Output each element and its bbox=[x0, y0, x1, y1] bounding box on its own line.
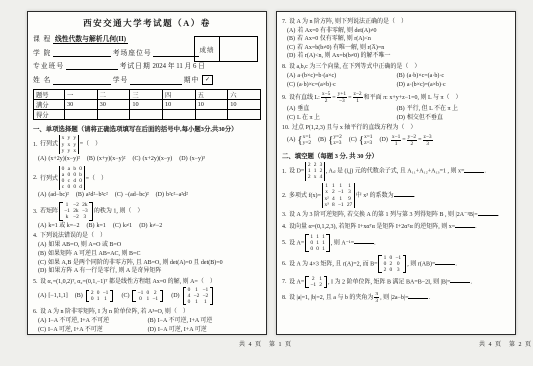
math-text: 若 Ax=b(b≠0) 有唯一解, 则 r(A̅)=n bbox=[297, 44, 384, 52]
fraction: x−11 bbox=[391, 134, 401, 147]
math-text: a·(b×c)=(a×b)·c bbox=[407, 81, 446, 89]
fraction-denominator: 3 bbox=[425, 141, 430, 147]
option: (D)若 r(A)<n, 则 Ax=b(b≠0) 的解不唯一 bbox=[287, 52, 391, 60]
option-label: (C) bbox=[132, 155, 140, 163]
option-label: (C) bbox=[287, 44, 295, 52]
option: (C)−(ad−bc)² bbox=[115, 191, 149, 199]
seat-blank bbox=[153, 50, 199, 57]
math-text: . bbox=[414, 193, 416, 199]
options: (A)(x+2y)(x−y)²(B)(x+y)(x−y)²(C)(x+2y)(x… bbox=[38, 155, 261, 163]
option-label: (D) bbox=[156, 191, 164, 199]
score-table-cell: 10 bbox=[228, 99, 261, 109]
math-text: (x+2y)(x−y)² bbox=[48, 155, 80, 163]
math-text: I−A 不可逆, I+A 可逆 bbox=[158, 317, 213, 325]
question-stem: 7. 设 A 为 n 阶方阵, 则下列说法正确的是（ ） bbox=[282, 18, 510, 26]
math-text: 如果方阵 A 有一行是零行, 则 A 是奇异矩阵 bbox=[48, 267, 161, 275]
matrix-row: 2x4 bbox=[306, 174, 325, 180]
question-number: 5. bbox=[282, 240, 288, 246]
question-number: 2. bbox=[33, 175, 39, 181]
option-label: (B) bbox=[87, 155, 95, 163]
options: (A)若 Ax=0 有非零解, 则 det(A)≠0(B)若 Ax=0 仅有零解… bbox=[287, 27, 510, 61]
cases-group: {y=2z=3 bbox=[328, 134, 342, 146]
fraction: y+1−3 bbox=[337, 91, 347, 104]
matrix-cell: k bbox=[63, 214, 72, 220]
option: (A)a·(b×c)=b·(a×c) bbox=[287, 72, 390, 80]
option-label: (D) bbox=[179, 155, 187, 163]
right-bracket bbox=[110, 290, 114, 302]
math-text: 设 a,b,c 为三个向量, 在下列等式中正确的是（ ） bbox=[289, 64, 420, 70]
matrix-row: 111 bbox=[309, 234, 327, 240]
math-text: 设 α₁=(1,0,2)ᵀ, α₂=(0,1,−1)ᵀ 都是线性方程组 Ax=0… bbox=[40, 279, 216, 285]
math-text: 设 A 为 n 阶非零矩阵, I 为 n 阶单位阵, 若 A³=O, 则（ ） bbox=[40, 309, 189, 315]
option-label: (C) bbox=[121, 292, 129, 300]
math-text: . bbox=[484, 169, 486, 175]
option-label: (C) bbox=[38, 259, 46, 267]
fraction-denominator: 1 bbox=[394, 141, 399, 147]
score-table-cell: 二 bbox=[97, 89, 130, 99]
option: (D)相交但不垂直 bbox=[397, 114, 500, 122]
option: (A)(x+2y)(x−y)² bbox=[38, 155, 80, 163]
fraction-denominator: 2 bbox=[324, 98, 329, 104]
question-number: 3. bbox=[33, 209, 39, 215]
matrix-body: 0ab0a00b0cd0c00d bbox=[59, 166, 85, 191]
bracket-matrix: 10−1020203 bbox=[378, 255, 406, 274]
option: (C){x=1z=3 bbox=[349, 134, 373, 146]
math-text: 行列式 bbox=[40, 175, 58, 181]
matrix-row: c00d bbox=[60, 184, 85, 190]
math-text: 设 A= bbox=[289, 240, 304, 246]
option-label: (B) bbox=[75, 292, 83, 300]
math-text: = bbox=[348, 95, 351, 101]
section-two-title: 二、填空题（每题 3 分, 共 30 分） bbox=[282, 151, 510, 160]
fraction: z−21 bbox=[353, 91, 363, 104]
matrix-cell: x bbox=[72, 148, 78, 154]
option: (C)−10201−1 bbox=[121, 290, 164, 302]
matrix-row: 011 bbox=[89, 296, 110, 302]
math-text: , 则 |2a−b|= bbox=[380, 295, 408, 301]
bracket-matrix: 1−22k−12k−3k−23 bbox=[59, 202, 93, 221]
math-text: , 则 A⁻¹= bbox=[331, 240, 354, 246]
matrix-row: −12 bbox=[309, 282, 324, 288]
matrix-body: 20−1011 bbox=[89, 290, 110, 302]
blank-line bbox=[394, 191, 414, 197]
blank-line bbox=[435, 259, 455, 265]
math-text: 若 r(A)<n, 则 Ax=b(b≠0) 的解不唯一 bbox=[297, 52, 390, 60]
option-label: (B) bbox=[87, 222, 95, 230]
option-label: (A) bbox=[287, 72, 295, 80]
cases-group: {x=1y=2 bbox=[297, 134, 311, 146]
math-text: 设有直线 L: bbox=[289, 95, 320, 101]
right-bracket bbox=[160, 290, 164, 302]
question-stem: 1. 设 D=2231122x4, Aᵢⱼ 是 (i,j) 元的代数余子式, 且… bbox=[282, 162, 510, 181]
blank-line bbox=[478, 210, 498, 216]
score-table-cell: 四 bbox=[162, 89, 195, 99]
course-label: 课 程 bbox=[33, 36, 51, 43]
matrix-body: xyyyxyyyx bbox=[59, 135, 79, 154]
question-number: 5. bbox=[33, 279, 39, 285]
bracket-matrix: 20−1011 bbox=[86, 290, 114, 302]
blank-line bbox=[450, 277, 470, 283]
matrix-body: 21−12 bbox=[309, 276, 324, 288]
cases-rows: x=1z=3 bbox=[364, 134, 372, 146]
option-label: (A) bbox=[287, 136, 295, 144]
matrix-row: yxy bbox=[60, 142, 79, 148]
math-text: 如果 AB=O, 则 A=O 或 B=O bbox=[48, 241, 121, 249]
score-table-cell: 满分 bbox=[34, 99, 65, 109]
math-text: = bbox=[418, 136, 421, 144]
question: 3. 若矩阵1−22k−12k−3k−23的秩为 1, 则（ ）(A)k=1 或… bbox=[33, 202, 261, 230]
matrix-cell: 3 bbox=[80, 214, 89, 220]
cases-row: z=3 bbox=[333, 140, 341, 146]
question-number: 6. bbox=[282, 261, 288, 267]
midterm-label: 期中 bbox=[184, 77, 200, 84]
matrix-cell: 1 bbox=[192, 299, 201, 305]
option-label: (C) bbox=[349, 136, 357, 144]
question: 1. 设 D=2231122x4, Aᵢⱼ 是 (i,j) 元的代数余子式, 且… bbox=[282, 162, 510, 181]
fraction: y−22 bbox=[407, 134, 417, 147]
fraction-numerator: z−2 bbox=[353, 91, 363, 98]
options: (A)(ad−bc)²(B)a²d²−b²c²(C)−(ad−bc)²(D)b²… bbox=[38, 191, 261, 199]
question: 6. 设 A 为 4×3 矩阵, 且 r(A)=2, 而 B=10−102020… bbox=[282, 255, 510, 274]
option: (B){y=2z=3 bbox=[318, 134, 342, 146]
option: (B)(x+y)(x−y)² bbox=[87, 155, 126, 163]
question-stem: 2. 行列式0ab0a00b0cd0c00d=（ ） bbox=[33, 166, 261, 191]
math-text: (a·b)×c=(a×b)·c bbox=[297, 81, 336, 89]
matrix-row: x2−13 bbox=[322, 189, 354, 195]
course-name: 线性代数与解析几何(II) bbox=[53, 36, 128, 44]
option-label: (B) bbox=[397, 72, 405, 80]
question: 2. 行列式0ab0a00b0cd0c00d=（ ）(A)(ad−bc)²(B)… bbox=[33, 166, 261, 200]
math-text: 如果 A,B 是两个同阶的非零方阵, 且 AB=O, 则 det(A)=0 且 … bbox=[48, 259, 223, 267]
option-label: (B) bbox=[318, 136, 326, 144]
options: (A)k=1 或 k=−2(B)k=1(C)k≠1(D)k≠−2 bbox=[38, 222, 261, 230]
fraction-numerator: y−2 bbox=[407, 134, 417, 141]
question-stem: 4. 设向量 α=(0,1,2,3), 若矩阵 I+xαᵀα 是矩阵 I+2αᵀ… bbox=[282, 222, 510, 231]
math-text: 中 x³ 的系数为 bbox=[356, 193, 394, 199]
question: 5. 设 α₁=(1,0,2)ᵀ, α₂=(0,1,−1)ᵀ 都是线性方程组 A… bbox=[33, 278, 261, 306]
question: 8. 设 a,b,c 为三个向量, 在下列等式中正确的是（ ）(A)a·(b×c… bbox=[282, 63, 510, 89]
option: (B)k=1 bbox=[87, 222, 106, 230]
math-text: 相交但不垂直 bbox=[407, 114, 443, 122]
school-label: 学 院 bbox=[33, 50, 51, 57]
options: (A)I−A 不可逆, I+A 不可逆(B)I−A 不可逆, I+A 可逆(C)… bbox=[38, 317, 261, 334]
question-stem: 5. 设 α₁=(1,0,2)ᵀ, α₂=(0,1,−1)ᵀ 都是线性方程组 A… bbox=[33, 278, 261, 286]
cases-rows: x=1y=2 bbox=[303, 134, 311, 146]
question-number: 3. bbox=[282, 212, 288, 218]
page2-footer: 共 4 页 第 2 页 bbox=[300, 339, 532, 348]
option-label: (C) bbox=[115, 191, 123, 199]
math-text: 过点 P(1,2,3) 且与 x 轴平行的直线方程为（ ） bbox=[292, 125, 416, 131]
question-stem: 10. 过点 P(1,2,3) 且与 x 轴平行的直线方程为（ ） bbox=[282, 124, 510, 132]
grade-value-cell bbox=[220, 37, 257, 61]
option-label: (A) bbox=[287, 105, 295, 113]
matrix-cell: 0 bbox=[136, 296, 145, 302]
determinant: xyyyxyyyx bbox=[59, 135, 79, 154]
name-row: 姓 名 学号 期中 ✓ bbox=[33, 74, 261, 85]
bracket-matrix: −10201−1 bbox=[132, 290, 163, 302]
score-table-cell: 10 bbox=[195, 99, 228, 109]
matrix-cell: −1 bbox=[336, 189, 345, 195]
math-text: 设向量 α=(0,1,2,3), 若矩阵 I+xαᵀα 是矩阵 I+2αᵀα 的… bbox=[289, 224, 455, 230]
math-text: b²c²−a²d² bbox=[166, 191, 188, 199]
option: (D)01−14−2−2011 bbox=[171, 287, 214, 306]
option-label: (B) bbox=[148, 317, 156, 325]
option: (A)k=1 或 k=−2 bbox=[38, 222, 80, 230]
question: 7. 设 A=21−12, I 为 2 阶单位阵, 矩阵 B 满足 BA=B−2… bbox=[282, 276, 510, 288]
question-number: 2. bbox=[282, 193, 288, 199]
option: (A)I−A 不可逆, I+A 不可逆 bbox=[38, 317, 141, 325]
score-table-cell: 五 bbox=[195, 89, 228, 99]
question: 8. 设 |a|=1, |b|=2, 且 a 与 b 的夹角为π3, 则 |2a… bbox=[282, 291, 510, 304]
math-text: I−A 不可逆, I+A 不可逆 bbox=[48, 317, 109, 325]
bracket-matrix: 01−14−2−2011 bbox=[183, 287, 214, 306]
matrix-cell: −1 bbox=[151, 296, 160, 302]
matrix-cell: d bbox=[78, 184, 84, 190]
question: 2. 多项式 f(x)=1111x2−13x²419x³8−127中 x³ 的系… bbox=[282, 183, 510, 208]
score-table-cell bbox=[130, 109, 163, 119]
question-number: 9. bbox=[282, 95, 288, 101]
matrix-body: 01−14−2−2011 bbox=[186, 287, 210, 306]
options: (A)a·(b×c)=b·(a×c)(B)(a·b)×c=(a·b)·c(C)(… bbox=[287, 72, 510, 89]
fraction-numerator: z−3 bbox=[423, 134, 433, 141]
option-label: (D) bbox=[171, 292, 179, 300]
matrix-row: 001 bbox=[309, 246, 327, 252]
score-table-cell bbox=[162, 109, 195, 119]
score-table-row: 题号一二三四五六 bbox=[34, 89, 261, 99]
option-label: (C) bbox=[287, 114, 295, 122]
question-number: 1. bbox=[33, 142, 39, 148]
math-text: k≠1 bbox=[123, 222, 132, 230]
question: 10. 过点 P(1,2,3) 且与 x 轴平行的直线方程为（ ）(A){x=1… bbox=[282, 124, 510, 146]
math-text: =（ ） bbox=[86, 175, 107, 181]
score-table-cell bbox=[65, 109, 98, 119]
math-text: . bbox=[428, 295, 430, 301]
right-bracket bbox=[326, 234, 330, 253]
option: (D)如果方阵 A 有一行是零行, 则 A 是奇异矩阵 bbox=[38, 267, 161, 275]
bracket-matrix: 111011001 bbox=[305, 234, 330, 253]
option-label: (C) bbox=[287, 81, 295, 89]
score-table-cell: 30 bbox=[97, 99, 130, 109]
question: 9. 设有直线 L:x−52=y+1−3=z−21和平面 π: x+y+z−1=… bbox=[282, 91, 510, 122]
option: (D)a·(b×c)=(a×b)·c bbox=[397, 81, 500, 89]
math-text: 设 A 为 4×3 矩阵, 且 r(A)=2, 而 B= bbox=[289, 261, 377, 267]
question-number: 8. bbox=[282, 295, 288, 301]
math-text: (x−y)³ bbox=[190, 155, 205, 163]
score-table: 题号一二三四五六满分303010101010得分 bbox=[33, 89, 261, 120]
grade-box: 成绩 bbox=[194, 36, 258, 62]
question-number: 1. bbox=[282, 169, 288, 175]
option: (C)如果 A,B 是两个同阶的非零方阵, 且 AB=O, 则 det(A)=0… bbox=[38, 259, 223, 267]
math-text: 下列说法错误的是（ ） bbox=[40, 233, 106, 239]
student-id-label: 学号 bbox=[113, 77, 129, 84]
name-blank bbox=[53, 78, 111, 85]
matrix-cell: 1 bbox=[101, 296, 110, 302]
blank-line bbox=[455, 222, 475, 228]
score-table-row: 满分303010101010 bbox=[34, 99, 261, 109]
question: 4. 设向量 α=(0,1,2,3), 若矩阵 I+xαᵀα 是矩阵 I+2αᵀ… bbox=[282, 222, 510, 231]
right-bracket bbox=[324, 276, 328, 288]
option-label: (A) bbox=[38, 191, 46, 199]
math-text: 设 D= bbox=[289, 169, 304, 175]
math-text: 如果矩阵 A 可逆且 AB=AC, 则 B=C bbox=[48, 250, 140, 258]
matrix-cell: 3 bbox=[394, 267, 403, 273]
bracket-matrix: 21−12 bbox=[305, 276, 327, 288]
math-text: . bbox=[475, 224, 477, 230]
math-text: , 则 r(AB)= bbox=[407, 261, 435, 267]
score-table-cell: 得分 bbox=[34, 109, 65, 119]
question-stem: 2. 多项式 f(x)=1111x2−13x²419x³8−127中 x³ 的系… bbox=[282, 183, 510, 208]
blank-line bbox=[354, 238, 374, 244]
question: 4. 下列说法错误的是（ ）(A)如果 AB=O, 则 A=O 或 B=O(B)… bbox=[33, 232, 261, 275]
math-text: I−A 可逆, I+A 不可逆 bbox=[48, 326, 103, 334]
option: (B)I−A 不可逆, I+A 可逆 bbox=[148, 317, 251, 325]
matrix-cell: 1 bbox=[201, 299, 210, 305]
math-text: = bbox=[402, 136, 405, 144]
math-text: 设 A 为 n 阶方阵, 则下列说法正确的是（ ） bbox=[289, 19, 407, 25]
right-bracket bbox=[210, 287, 214, 306]
math-text: . bbox=[498, 212, 500, 218]
question-stem: 3. 若矩阵1−22k−12k−3k−23的秩为 1, 则（ ） bbox=[33, 202, 261, 221]
math-text: a²d²−b²c² bbox=[86, 191, 108, 199]
matrix-cell: 27 bbox=[345, 202, 354, 208]
question-stem: 6. 设 A 为 4×3 矩阵, 且 r(A)=2, 而 B=10−102020… bbox=[282, 255, 510, 274]
option-label: (C) bbox=[38, 326, 46, 334]
matrix-row: xyy bbox=[60, 135, 79, 141]
question: 7. 设 A 为 n 阶方阵, 则下列说法正确的是（ ）(A)若 Ax=0 有非… bbox=[282, 18, 510, 61]
question-stem: 8. 设 |a|=1, |b|=2, 且 a 与 b 的夹角为π3, 则 |2a… bbox=[282, 291, 510, 304]
question-stem: 1. 行列式xyyyxyyyx=（ ） bbox=[33, 135, 261, 154]
question-number: 7. bbox=[282, 19, 288, 25]
math-text: (x+y)(x−y)² bbox=[97, 155, 126, 163]
grade-label: 成绩 bbox=[195, 37, 220, 61]
math-text: (ad−bc)² bbox=[48, 191, 69, 199]
option: (D)k≠−2 bbox=[139, 222, 162, 230]
math-text: k≠−2 bbox=[150, 222, 163, 230]
date-value: 2024 年 11 月 6 日 bbox=[152, 63, 204, 70]
matrix-row: k−23 bbox=[63, 214, 90, 220]
matrix-row: 011 bbox=[186, 299, 210, 305]
determinant: 2231122x4 bbox=[305, 162, 325, 181]
math-text: 和平面 π: x+y+z−1=0, 则 L 与 π（ ） bbox=[364, 95, 462, 101]
score-table-cell: 10 bbox=[130, 99, 163, 109]
option: (D)x−11=y−22=z−33 bbox=[380, 134, 434, 147]
option: (A)如果 AB=O, 则 A=O 或 B=O bbox=[38, 241, 121, 249]
cases-rows: y=2z=3 bbox=[333, 134, 341, 146]
math-text: −(ad−bc)² bbox=[125, 191, 149, 199]
math-text: 若矩阵 bbox=[40, 209, 58, 215]
math-text: = bbox=[332, 95, 335, 101]
fraction-numerator: x−5 bbox=[321, 91, 331, 98]
fraction-denominator: 1 bbox=[355, 98, 360, 104]
matrix-cell: 4 bbox=[318, 174, 324, 180]
option-label: (D) bbox=[397, 114, 405, 122]
midterm-checkbox: ✓ bbox=[202, 75, 213, 85]
fraction-denominator: 2 bbox=[410, 141, 415, 147]
school-blank bbox=[53, 50, 111, 57]
math-text: 垂直 bbox=[297, 105, 309, 113]
option-label: (A) bbox=[287, 27, 295, 35]
name-label: 姓 名 bbox=[33, 77, 51, 84]
matrix-cell: −1 bbox=[336, 202, 345, 208]
math-text: L 在 π 上 bbox=[297, 114, 320, 122]
question-stem: 9. 设有直线 L:x−52=y+1−3=z−21和平面 π: x+y+z−1=… bbox=[282, 91, 510, 104]
determinant: 1111x2−13x²419x³8−127 bbox=[322, 183, 355, 208]
matrix-cell: x³ bbox=[322, 202, 330, 208]
options: (A)如果 AB=O, 则 A=O 或 B=O(B)如果矩阵 A 可逆且 AB=… bbox=[38, 241, 261, 275]
score-table-cell bbox=[195, 109, 228, 119]
option-label: (B) bbox=[76, 191, 84, 199]
math-text: 设 |a|=1, |b|=2, 且 a 与 b 的夹角为 bbox=[289, 295, 373, 301]
option: (C)k≠1 bbox=[113, 222, 132, 230]
math-text: (a·b)×c=(a·b)·c bbox=[407, 72, 444, 80]
score-table-cell bbox=[228, 109, 261, 119]
score-table-cell: 一 bbox=[65, 89, 98, 99]
question-stem: 8. 设 a,b,c 为三个向量, 在下列等式中正确的是（ ） bbox=[282, 63, 510, 71]
right-bracket bbox=[89, 202, 93, 221]
math-text: k=1 或 k=−2 bbox=[48, 222, 79, 230]
math-text: [−1,1,1] bbox=[48, 292, 67, 300]
matrix-body: 10−1020203 bbox=[382, 255, 403, 274]
option-label: (D) bbox=[380, 136, 388, 144]
option: (A)(ad−bc)² bbox=[38, 191, 69, 199]
math-text: =（ ） bbox=[80, 142, 101, 148]
option: (A){x=1y=2 bbox=[287, 134, 311, 146]
options: (A){x=1y=2(B){y=2z=3(C){x=1z=3(D)x−11=y−… bbox=[287, 134, 510, 147]
option-label: (A) bbox=[38, 292, 46, 300]
option: (C)若 Ax=b(b≠0) 有唯一解, 则 r(A̅)=n bbox=[287, 44, 384, 52]
option-label: (D) bbox=[139, 222, 147, 230]
option: (B)20−1011 bbox=[75, 290, 115, 302]
question-number: 4. bbox=[282, 224, 288, 230]
score-table-cell bbox=[97, 109, 130, 119]
math-text: 的秩为 1, 则（ ） bbox=[94, 209, 144, 215]
option: (D)(x−y)³ bbox=[179, 155, 205, 163]
question-stem: 5. 设 A=111011001, 则 A⁻¹=. bbox=[282, 234, 510, 253]
math-text: . bbox=[455, 261, 457, 267]
matrix-cell: −2 bbox=[71, 214, 80, 220]
fraction: x−52 bbox=[321, 91, 331, 104]
math-text: 若 Ax=0 仅有零解, 则 r(A)<n bbox=[297, 35, 371, 43]
option-label: (A) bbox=[38, 317, 46, 325]
option-label: (A) bbox=[38, 241, 46, 249]
question-stem: 7. 设 A=21−12, I 为 2 阶单位阵, 矩阵 B 满足 BA=B−2… bbox=[282, 276, 510, 288]
option: (C)I−A 可逆, I+A 不可逆 bbox=[38, 326, 141, 334]
score-table-row: 得分 bbox=[34, 109, 261, 119]
math-text: 行列式 bbox=[40, 142, 58, 148]
fraction-numerator: x−1 bbox=[391, 134, 401, 141]
page1-questions: 1. 行列式xyyyxyyyx=（ ）(A)(x+2y)(x−y)²(B)(x+… bbox=[33, 135, 261, 333]
math-text: I−A 可逆, I+A 可逆 bbox=[158, 326, 207, 334]
major-label: 专业班号 bbox=[33, 63, 64, 70]
blank-line bbox=[408, 293, 428, 299]
question: 3. 设 A 为 3 阶可逆矩阵, 若交换 A 的第 1 列与第 3 列得矩阵 … bbox=[282, 210, 510, 219]
option: (C)(a·b)×c=(a×b)·c bbox=[287, 81, 390, 89]
option-label: (B) bbox=[38, 250, 46, 258]
cases-row: z=3 bbox=[364, 140, 372, 146]
math-text: 平行, 但 L 不在 π 上 bbox=[407, 105, 458, 113]
matrix-cell: −1 bbox=[309, 282, 318, 288]
option-label: (D) bbox=[397, 81, 405, 89]
option-label: (A) bbox=[38, 222, 46, 230]
determinant: 0ab0a00b0cd0c00d bbox=[59, 166, 85, 191]
option: (C)(x+2y)(x−y) bbox=[132, 155, 172, 163]
score-table-cell: 六 bbox=[228, 89, 261, 99]
date-label: 考试日期 bbox=[120, 63, 151, 70]
matrix-row: 01−1 bbox=[136, 296, 160, 302]
option-label: (D) bbox=[148, 326, 156, 334]
score-table-cell: 三 bbox=[130, 89, 163, 99]
exam-page-2: 7. 设 A 为 n 阶方阵, 则下列说法正确的是（ ）(A)若 Ax=0 有非… bbox=[276, 11, 516, 335]
